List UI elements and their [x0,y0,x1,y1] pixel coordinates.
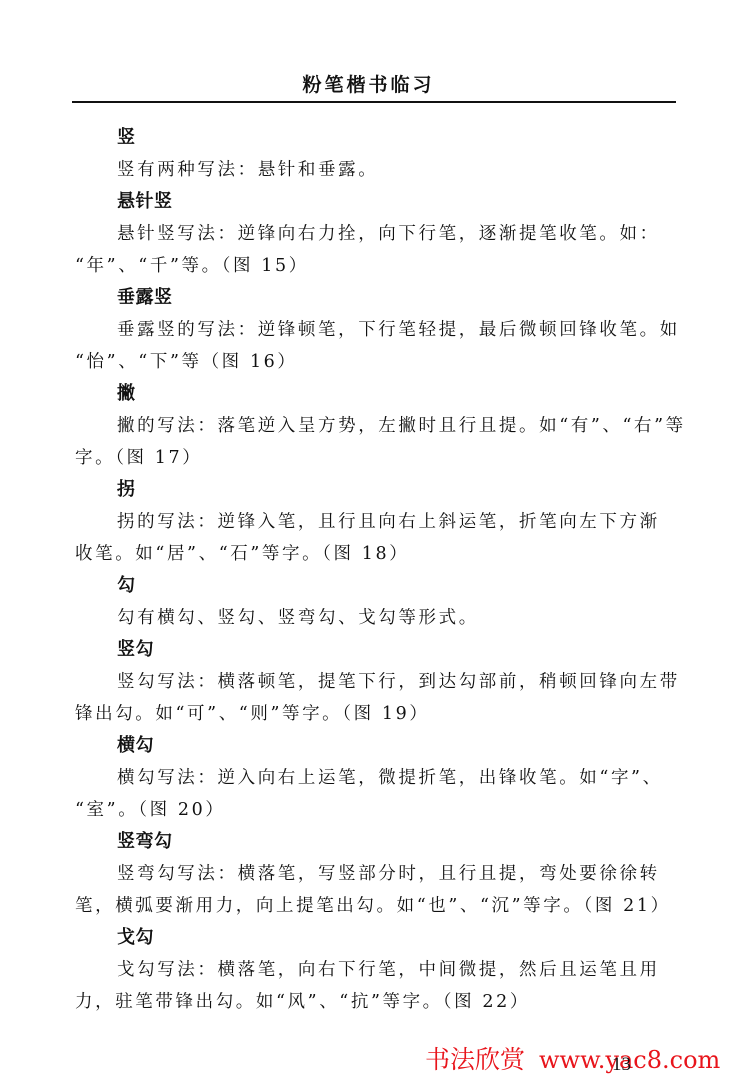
section-heading: 竖弯勾 [75,826,675,858]
watermark-title: 书法欣赏 [425,1045,525,1074]
paragraph-line: 勾有横勾、竖勾、竖弯勾、戈勾等形式。 [75,602,675,634]
section-heading: 勾 [75,570,675,602]
page-body: 竖 竖有两种写法：悬针和垂露。 悬针竖 悬针竖写法：逆锋向右力拴，向下行笔，逐渐… [75,122,675,1018]
paragraph-line: 悬针竖写法：逆锋向右力拴，向下行笔，逐渐提笔收笔。如： [75,218,675,250]
paragraph-line: 拐的写法：逆锋入笔，且行且向右上斜运笔，折笔向左下方渐 [75,506,675,538]
section-heading: 撇 [75,378,675,410]
paragraph-line: 戈勾写法：横落笔，向右下行笔，中间微提，然后且运笔且用 [75,954,675,986]
paragraph-line: 笔，横弧要渐用力，向上提笔出勾。如“也”、“沉”等字。（图 21） [75,890,675,922]
section-heading: 垂露竖 [75,282,675,314]
paragraph-line: 竖有两种写法：悬针和垂露。 [75,154,675,186]
page-number: 13 [612,1054,631,1076]
paragraph-line: 竖勾写法：横落顿笔，提笔下行，到达勾部前，稍顿回锋向左带 [75,666,675,698]
paragraph-line: 字。（图 17） [75,442,675,474]
section-heading: 戈勾 [75,922,675,954]
paragraph-line: 横勾写法：逆入向右上运笔，微提折笔，出锋收笔。如“字”、 [75,762,675,794]
section-heading: 竖 [75,122,675,154]
section-heading: 竖勾 [75,634,675,666]
paragraph-line: “怡”、“下”等（图 16） [75,346,675,378]
section-heading: 横勾 [75,730,675,762]
paragraph-line: 垂露竖的写法：逆锋顿笔，下行笔轻提，最后微顿回锋收笔。如 [75,314,675,346]
paragraph-line: 收笔。如“居”、“石”等字。（图 18） [75,538,675,570]
running-title: 粉笔楷书临习 [0,70,737,97]
section-heading: 悬针竖 [75,186,675,218]
paragraph-line: 锋出勾。如“可”、“则”等字。（图 19） [75,698,675,730]
paragraph-line: 撇的写法：落笔逆入呈方势，左撇时且行且提。如“有”、“右”等 [75,410,675,442]
section-heading: 拐 [75,474,675,506]
watermark: 书法欣赏www.yac8.com [425,1040,720,1076]
paragraph-line: 竖弯勾写法：横落笔，写竖部分时，且行且提，弯处要徐徐转 [75,858,675,890]
paragraph-line: “年”、“千”等。（图 15） [75,250,675,282]
paragraph-line: 力，驻笔带锋出勾。如“风”、“抗”等字。（图 22） [75,986,675,1018]
header-rule [72,101,676,103]
paragraph-line: “室”。（图 20） [75,794,675,826]
